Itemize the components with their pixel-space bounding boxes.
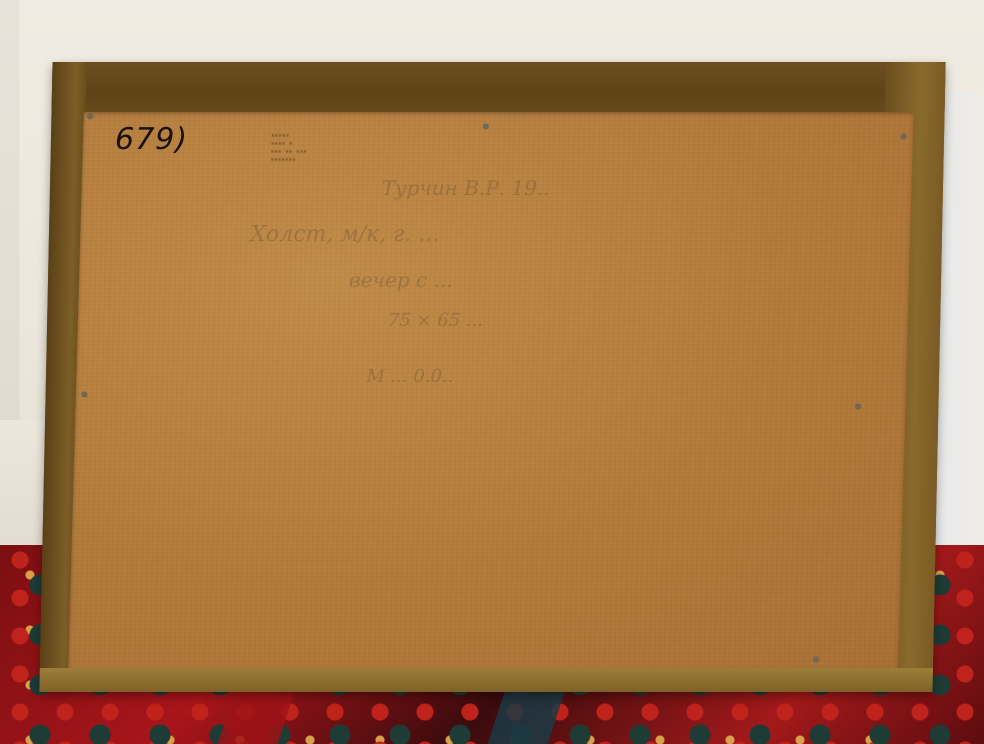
nail-icon: [82, 392, 87, 397]
photo-scene: 679) ▪▪▪▪▪ ▪▪▪▪ ▪ ▪▪▪ ▪▪ ▪▪▪ ▪▪▪▪▪▪▪ Тур…: [0, 0, 984, 744]
pencil-inscription: Турчин В.Р. 19..: [381, 176, 550, 200]
nail-icon: [813, 657, 818, 662]
nail-icon: [88, 114, 93, 119]
nail-icon: [855, 404, 860, 409]
pencil-inscription: Холст, м/к, г. ...: [250, 222, 440, 247]
frame-bottom-rail: [39, 668, 933, 692]
pencil-inscription: М ... 0.0..: [366, 366, 454, 387]
nail-icon: [901, 134, 906, 139]
nail-icon: [483, 124, 488, 129]
inventory-number: 679): [115, 122, 189, 157]
hardboard-backing: 679) ▪▪▪▪▪ ▪▪▪▪ ▪ ▪▪▪ ▪▪ ▪▪▪ ▪▪▪▪▪▪▪ Тур…: [68, 112, 914, 668]
faded-stamp: ▪▪▪▪▪ ▪▪▪▪ ▪ ▪▪▪ ▪▪ ▪▪▪ ▪▪▪▪▪▪▪: [270, 132, 307, 164]
pencil-inscription: 75 × 65 ...: [388, 310, 484, 331]
pencil-inscription: вечер с ...: [349, 268, 453, 292]
